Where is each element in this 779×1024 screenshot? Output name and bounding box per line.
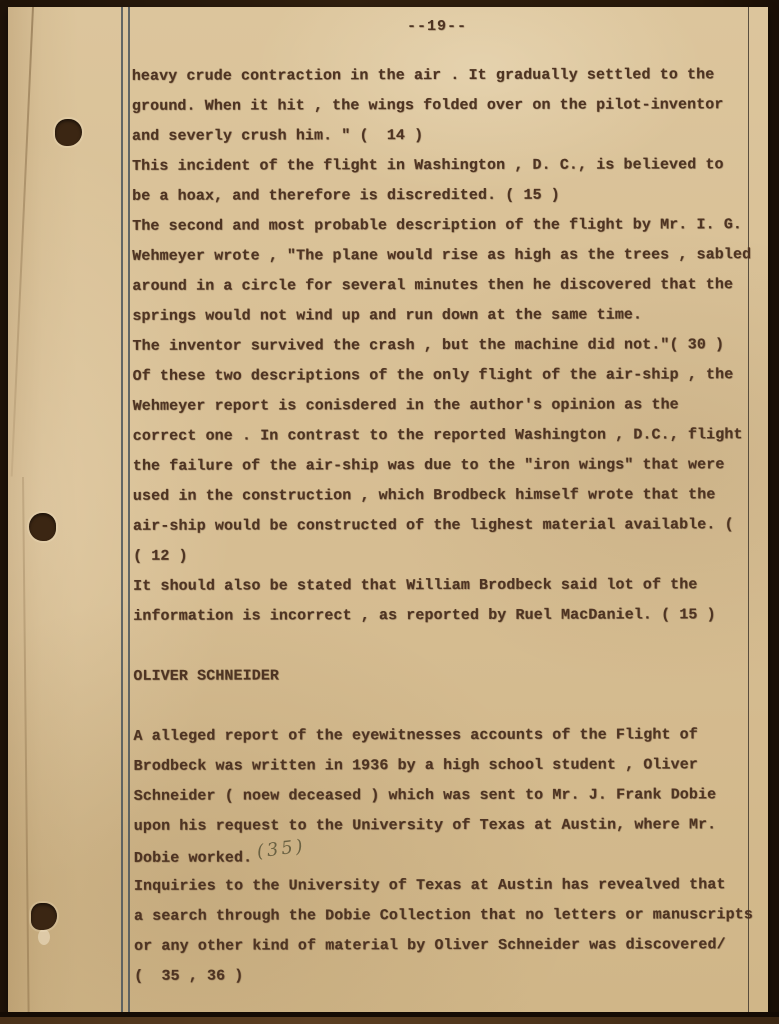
typed-line-text: heavy crude contraction in the air . It … bbox=[132, 66, 715, 85]
typed-line: Inquiries to the University of Texas at … bbox=[134, 870, 764, 902]
typed-line: ( 35 , 36 ) bbox=[134, 960, 764, 992]
typed-line-text: be a hoax, and therefore is discredited.… bbox=[132, 187, 560, 205]
typed-line: Brodbeck was written in 1936 by a high s… bbox=[134, 750, 764, 782]
paper-page: --19-- heavy crude contraction in the ai… bbox=[8, 7, 768, 1013]
typed-line: A alleged report of the eyewitnesses acc… bbox=[134, 720, 764, 752]
typed-line: It should also be stated that William Br… bbox=[133, 570, 763, 602]
typed-line: The second and most probable description… bbox=[132, 210, 762, 242]
typed-line: Wehmeyer report is conisdered in the aut… bbox=[133, 390, 763, 422]
typed-line-text: or any other kind of material by Oliver … bbox=[134, 936, 726, 955]
typed-line: information is incorrect , as reported b… bbox=[133, 600, 763, 632]
scanned-document-photo: { "document": { "page_number": "--19--",… bbox=[0, 0, 779, 1024]
typed-line-text: Schneider ( noew deceased ) which was se… bbox=[134, 786, 717, 805]
typed-line: the failure of the air-ship was due to t… bbox=[133, 450, 763, 482]
typed-line: a search through the Dobie Collection th… bbox=[134, 900, 764, 932]
typed-line-text: springs would not wind up and run down a… bbox=[132, 306, 642, 324]
typed-line-text: the failure of the air-ship was due to t… bbox=[133, 456, 725, 475]
typed-line: air-ship would be constructed of the lig… bbox=[133, 510, 763, 542]
typed-line: and severly crush him. " ( 14 ) bbox=[132, 120, 762, 152]
typed-line-text: and severly crush him. " ( 14 ) bbox=[132, 127, 423, 145]
typed-line: springs would not wind up and run down a… bbox=[132, 300, 762, 332]
page-number: --19-- bbox=[407, 18, 467, 35]
typed-line-text: The second and most probable description… bbox=[132, 216, 742, 235]
typed-line bbox=[133, 690, 763, 722]
typed-line: This incident of the flight in Washingto… bbox=[132, 150, 762, 182]
typed-line-text: Wehmeyer report is conisdered in the aut… bbox=[133, 396, 679, 414]
typed-line-text: ground. When it hit , the wings folded o… bbox=[132, 96, 724, 115]
typed-line-text: OLIVER SCHNEIDER bbox=[133, 667, 279, 684]
typed-line: Wehmeyer wrote , "The plane would rise a… bbox=[132, 240, 762, 272]
typed-line-text: used in the construction , which Brodbec… bbox=[133, 486, 716, 505]
typed-line: Dobie worked.(35) bbox=[134, 840, 764, 872]
typed-line: correct one . In contrast to the reporte… bbox=[133, 420, 763, 452]
typed-line-text: Of these two descriptions of the only fl… bbox=[133, 366, 734, 385]
paper-crease-top-left bbox=[11, 7, 34, 477]
typed-line: upon his request to the University of Te… bbox=[134, 810, 764, 842]
paper-crease-bottom-left bbox=[22, 477, 30, 1017]
typed-line-text: The inventor survived the crash , but th… bbox=[133, 336, 725, 355]
typed-line-text: a search through the Dobie Collection th… bbox=[134, 906, 753, 925]
typed-line-text: upon his request to the University of Te… bbox=[134, 816, 717, 835]
typed-line-text: Wehmeyer wrote , "The plane would rise a… bbox=[132, 246, 751, 265]
typed-lines: heavy crude contraction in the air . It … bbox=[132, 60, 764, 992]
typed-line-text: Dobie worked. bbox=[134, 850, 252, 867]
typed-line: ( 12 ) bbox=[133, 540, 763, 572]
typed-line: Of these two descriptions of the only fl… bbox=[133, 360, 763, 392]
typed-line-text: It should also be stated that William Br… bbox=[133, 576, 697, 594]
typed-line-text: Brodbeck was written in 1936 by a high s… bbox=[134, 756, 698, 774]
punch-hole-top bbox=[55, 119, 82, 146]
typed-line-text: ( 12 ) bbox=[133, 548, 188, 565]
typed-line: ground. When it hit , the wings folded o… bbox=[132, 90, 762, 122]
typed-line: The inventor survived the crash , but th… bbox=[132, 330, 762, 362]
typed-line-text: around in a circle for several minutes t… bbox=[132, 276, 733, 295]
typed-line bbox=[133, 630, 763, 662]
left-margin-rule bbox=[121, 7, 130, 1013]
typed-line: be a hoax, and therefore is discredited.… bbox=[132, 180, 762, 212]
typed-line-text: This incident of the flight in Washingto… bbox=[132, 156, 724, 175]
typed-line-text: Inquiries to the University of Texas at … bbox=[134, 876, 726, 895]
typed-line-text: ( 35 , 36 ) bbox=[134, 968, 243, 985]
typed-line: around in a circle for several minutes t… bbox=[132, 270, 762, 302]
typed-line-text: A alleged report of the eyewitnesses acc… bbox=[134, 726, 698, 744]
desk-edge bbox=[0, 1017, 779, 1024]
typed-line-text: air-ship would be constructed of the lig… bbox=[133, 516, 734, 535]
typed-line: Schneider ( noew deceased ) which was se… bbox=[134, 780, 764, 812]
punch-hole-bottom bbox=[31, 903, 57, 930]
typed-line: OLIVER SCHNEIDER bbox=[133, 660, 763, 692]
typed-line-text: information is incorrect , as reported b… bbox=[133, 606, 716, 625]
paper-chip bbox=[38, 929, 50, 945]
handwritten-annotation: (35) bbox=[255, 832, 307, 868]
typed-line: heavy crude contraction in the air . It … bbox=[132, 60, 762, 92]
typed-line-text: correct one . In contrast to the reporte… bbox=[133, 426, 743, 445]
typed-line: or any other kind of material by Oliver … bbox=[134, 930, 764, 962]
punch-hole-middle bbox=[29, 513, 56, 541]
typed-line: used in the construction , which Brodbec… bbox=[133, 480, 763, 512]
